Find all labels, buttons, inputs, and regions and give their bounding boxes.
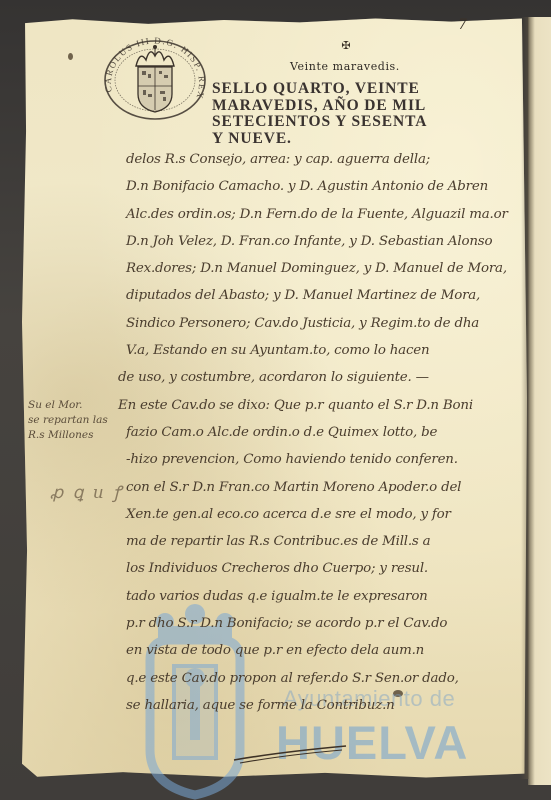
manuscript-line: con el S.r D.n Fran.co Martin Moreno Apo… [126, 474, 524, 501]
manuscript-line: ma de repartir las R.s Contribuc.es de M… [126, 528, 524, 555]
faded-margin-scrawl: ꝓ ꝗ u ꝭ [50, 480, 123, 503]
cross-ornament-icon: ✠ [339, 40, 353, 52]
coat-of-arms-icon: CAROLUS III D.G. HISP. REX [102, 36, 208, 120]
stamp-heading-line: Sello quarto, veinte [212, 81, 492, 98]
manuscript-line: Rex.dores; D.n Manuel Dominguez, y D. Ma… [126, 255, 524, 282]
manuscript-line: q.e este Cav.do propon al refer.do S.r S… [126, 665, 524, 692]
manuscript-line: En este Cav.do se dixo: Que p.r quanto e… [118, 392, 524, 419]
stamp-heading-line: setecientos y sesenta [212, 114, 492, 131]
manuscript-line: delos R.s Consejo, arrea: y cap. aguerra… [126, 146, 524, 173]
royal-seal-stamp: CAROLUS III D.G. HISP. REX [102, 36, 208, 120]
manuscript-line: se hallaria, aque se forme la Contribuz.… [126, 692, 524, 719]
manuscript-line: p.r dho S.r D.n Bonifacio; se acordo p.r… [126, 610, 524, 637]
stamp-heading: Sello quarto, veinte maravedis, año de m… [212, 81, 492, 147]
margin-annotation-line: se repartan las [28, 413, 108, 428]
page-corner-mark: 7 [458, 17, 467, 33]
manuscript-line: V.a, Estando en su Ayuntam.to, como lo h… [126, 337, 524, 364]
manuscript-line: los Individuos Crecheros dho Cuerpo; y r… [126, 555, 524, 582]
margin-annotation: Su el Mor. se repartan las R.s Millones [28, 398, 108, 443]
manuscript-line: Sindico Personero; Cav.do Justicia, y Re… [126, 310, 524, 337]
manuscript-line: diputados del Abasto; y D. Manuel Martin… [126, 282, 524, 309]
manuscript-line: D.n Joh Velez, D. Fran.co Infante, y D. … [126, 228, 524, 255]
manuscript-line: en vista de todo que p.r en efecto dela … [126, 637, 524, 664]
margin-annotation-line: R.s Millones [28, 428, 108, 443]
manuscript-line: Alc.des ordin.os; D.n Fern.do de la Fuen… [126, 201, 524, 228]
manuscript-line: Xen.te gen.al eco.co acerca d.e sre el m… [126, 501, 524, 528]
stamp-heading-line: maravedis, año de mil [212, 98, 492, 115]
manuscript-line: tado varios dudas q.e igualm.te le expre… [126, 583, 524, 610]
manuscript-line: D.n Bonifacio Camacho. y D. Agustin Anto… [126, 173, 524, 200]
rubric-flourish-icon [230, 744, 350, 764]
manuscript-line: -hizo prevencion, Como haviendo tenido c… [126, 446, 524, 473]
manuscript-body: delos R.s Consejo, arrea: y cap. aguerra… [126, 146, 524, 719]
manuscript-line: de uso, y costumbre, acordaron lo siguie… [118, 364, 524, 391]
margin-annotation-line: Su el Mor. [28, 398, 108, 413]
ink-stain [68, 53, 73, 60]
stamp-denomination: Veinte maravedis. [290, 60, 400, 73]
manuscript-line: fazio Cam.o Alc.de ordin.o d.e Quimex lo… [126, 419, 524, 446]
adjacent-page-edge [528, 17, 551, 785]
stamp-heading-line: y nueve. [212, 131, 492, 148]
